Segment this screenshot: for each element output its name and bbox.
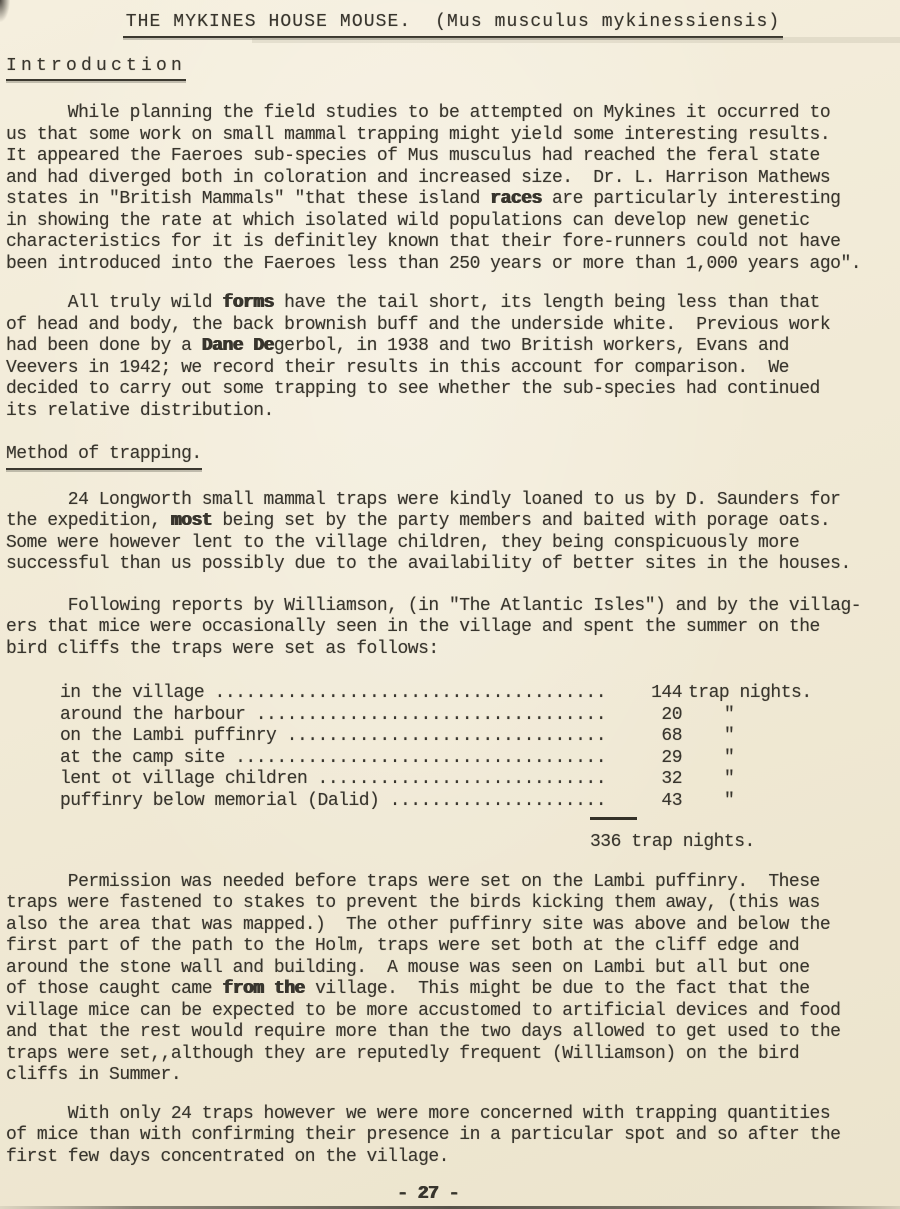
row-unit: " <box>724 705 734 727</box>
row-value: 144 <box>644 683 682 705</box>
discussion-paragraph-1: Permission was needed before traps were … <box>6 872 900 1087</box>
page-title: THE MYKINES HOUSE MOUSE. (Mus musculus m… <box>123 12 784 38</box>
section-heading-introduction: Introduction <box>6 56 186 82</box>
row-unit: " <box>724 748 734 770</box>
table-row: lent ot village children ...............… <box>60 769 900 791</box>
scan-smudge-corner <box>0 0 10 22</box>
overstruck-text: most <box>171 511 212 531</box>
text-segment: With only 24 traps however we were more … <box>6 1104 840 1167</box>
section-heading-method: Method of trapping. <box>6 444 202 470</box>
trap-nights-table: in the village .........................… <box>60 683 900 812</box>
table-row: in the village .........................… <box>60 683 900 705</box>
row-label-dots: around the harbour .....................… <box>60 705 606 725</box>
intro-paragraph-1: While planning the field studies to be a… <box>6 103 900 275</box>
table-row: puffinry below memorial (Dalid) ........… <box>60 791 900 813</box>
row-label-dots: puffinry below memorial (Dalid) ........… <box>60 791 606 811</box>
row-label-dots: on the Lambi puffinry ..................… <box>60 726 606 746</box>
row-value: 20 <box>644 705 682 727</box>
scan-streak <box>252 37 900 43</box>
method-paragraph-2: Following reports by Williamson, (in "Th… <box>6 596 900 661</box>
row-unit: " <box>724 791 734 813</box>
table-total-divider <box>590 817 637 820</box>
row-unit: " <box>724 769 734 791</box>
text-segment: All truly wild <box>6 293 222 313</box>
method-paragraph-1: 24 Longworth small mammal traps were kin… <box>6 490 900 576</box>
page-number: - 27 - <box>0 1184 875 1206</box>
scanned-document-page: THE MYKINES HOUSE MOUSE. (Mus musculus m… <box>0 0 900 1209</box>
table-row: on the Lambi puffinry ..................… <box>60 726 900 748</box>
table-row: around the harbour .....................… <box>60 705 900 727</box>
row-label-dots: lent ot village children ...............… <box>60 769 606 789</box>
text-segment: Following reports by Williamson, (in "Th… <box>6 596 861 659</box>
table-row: at the camp site .......................… <box>60 748 900 770</box>
row-value: 68 <box>644 726 682 748</box>
overstruck-text: forms <box>222 293 274 313</box>
row-unit: " <box>724 726 734 748</box>
section-method: Method of trapping. <box>6 444 900 470</box>
overstruck-text: Dane De <box>202 336 274 356</box>
row-label-dots: in the village .........................… <box>60 683 606 703</box>
title-row: THE MYKINES HOUSE MOUSE. (Mus musculus m… <box>6 12 900 38</box>
row-label-dots: at the camp site .......................… <box>60 748 606 768</box>
row-unit: trap nights. <box>688 683 812 705</box>
intro-paragraph-2: All truly wild forms have the tail short… <box>6 293 900 422</box>
row-value: 32 <box>644 769 682 791</box>
discussion-paragraph-2: With only 24 traps however we were more … <box>6 1104 900 1169</box>
overstruck-text: races <box>490 189 542 209</box>
row-value: 29 <box>644 748 682 770</box>
row-value: 43 <box>644 791 682 813</box>
overstruck-text: from the <box>222 979 304 999</box>
section-introduction: Introduction <box>6 56 900 82</box>
table-total: 336 trap nights. <box>590 832 900 854</box>
